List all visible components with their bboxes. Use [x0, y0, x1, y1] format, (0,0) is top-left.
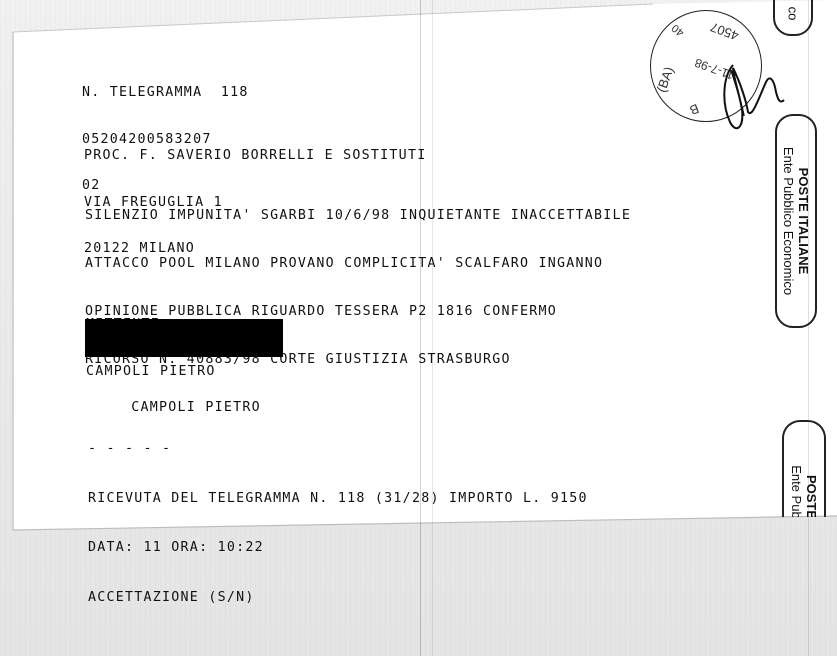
sender-name: CAMPOLI PIETRO — [86, 364, 216, 380]
receipt-block: - - - - - RICEVUTA DEL TELEGRAMMA N. 118… — [88, 408, 588, 623]
receipt-line: RICEVUTA DEL TELEGRAMMA N. 118 (31/28) I… — [88, 491, 588, 508]
receipt-separator: - - - - - — [88, 441, 588, 458]
label-title: POSTE — [804, 465, 819, 517]
redacted-sender-address — [85, 319, 283, 357]
label-subtitle: Ente Pubblico Economico — [781, 147, 796, 295]
receipt-acceptance: ACCETTAZIONE (S/N) — [88, 590, 588, 607]
message-line: ATTACCO POOL MILANO PROVANO COMPLICITA' … — [85, 256, 631, 272]
label-subtitle: Ente Pubbl — [789, 465, 804, 517]
telegram-number: N. TELEGRAMMA 118 — [82, 85, 249, 101]
label-text: co — [785, 6, 800, 20]
recipient-name: PROC. F. SAVERIO BORRELLI E SOSTITUTI — [84, 148, 426, 164]
postal-label-partial-bottom: POSTE Ente Pubbl — [782, 420, 826, 517]
postal-label-partial-top: co — [773, 0, 813, 36]
label-title: POSTE ITALIANE — [796, 147, 811, 295]
receipt-date-time: DATA: 11 ORA: 10:22 — [88, 540, 588, 557]
postmark-stamp: 11-7-98 4507 (BA) B 40 — [650, 10, 762, 122]
message-line: SILENZIO IMPUNITA' SGARBI 10/6/98 INQUIE… — [85, 208, 631, 224]
postal-label-poste-italiane: POSTE ITALIANE Ente Pubblico Economico — [775, 114, 817, 328]
fold-line — [808, 0, 809, 656]
